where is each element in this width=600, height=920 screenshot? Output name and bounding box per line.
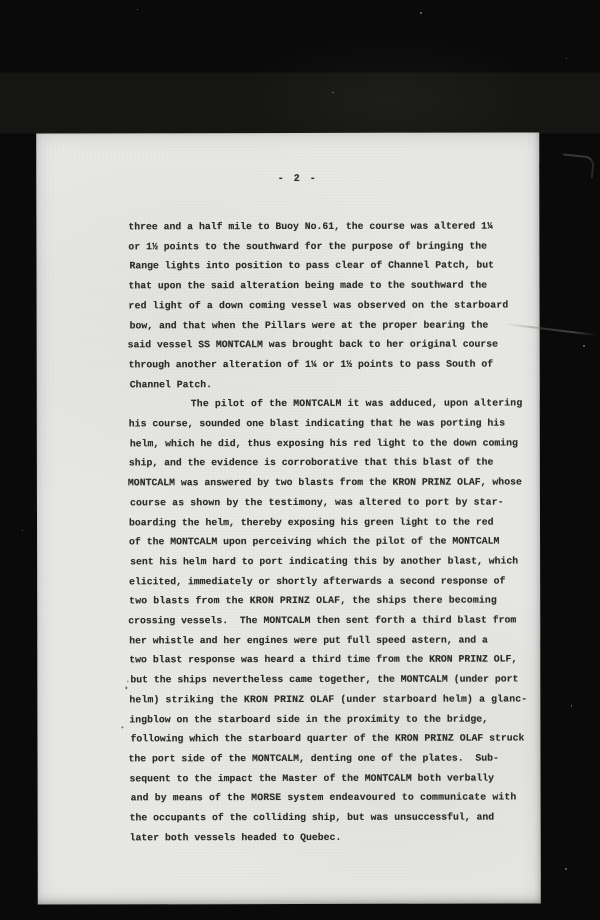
- dust-speck: [566, 58, 567, 59]
- page-number: - 2 -: [46, 173, 549, 185]
- paragraph-2-line-18: following which the starboard quarter of…: [130, 729, 530, 750]
- paragraph-2-line-11: two blasts from the KRON PRINZ OLAF, the…: [129, 591, 529, 612]
- scanned-document-screenshot: { "document": { "page_number_label": "- …: [0, 0, 600, 920]
- paragraph-2-line-7: boarding the helm, thereby exposing his …: [129, 512, 529, 533]
- paragraph-1-line-8: through another alteration of 1¼ or 1½ p…: [129, 354, 529, 375]
- paragraph-2-line-12: crossing vessels. The MONTCALM then sent…: [128, 611, 528, 632]
- text-body: three and a half mile to Buoy No.61, the…: [128, 216, 529, 847]
- paragraph-2-line-17: ingblow on the starboard side in the pro…: [129, 709, 529, 730]
- dust-speck: [583, 345, 585, 347]
- paragraph-1-line-5: red light of a down coming vessel was ob…: [129, 295, 529, 316]
- paragraph-2-line-5: MONTCALM was answered by two blasts from…: [128, 473, 528, 494]
- paragraph-1-line-6: bow, and that when the Pillars were at t…: [130, 315, 530, 336]
- background-paper-corner: [561, 153, 595, 178]
- stray-ink-mark: [121, 726, 123, 728]
- dust-speck: [137, 9, 138, 10]
- dust-speck: [420, 12, 422, 14]
- paragraph-2-line-4: ship, and the evidence is corroborative …: [129, 453, 529, 474]
- stray-ink-mark: [125, 686, 127, 689]
- stray-ink-mark: [127, 680, 128, 682]
- paragraph-1-line-9: Channel Patch.: [130, 374, 530, 395]
- paragraph-2-line-9: sent his helm hard to port indicating th…: [130, 551, 530, 572]
- dust-speck: [565, 868, 567, 870]
- paragraph-2-line-6: course as shown by the testimony, was al…: [130, 492, 530, 513]
- paragraph-1-line-2: or 1½ points to the southward for the pu…: [128, 236, 528, 257]
- paragraph-2-line-2: his course, sounded one blast indicating…: [129, 414, 529, 435]
- dust-speck: [332, 92, 334, 93]
- paragraph-2-line-14: two blast response was heard a third tim…: [129, 650, 529, 671]
- paragraph-2-line-10: elicited, immediately or shortly afterwa…: [129, 571, 529, 592]
- paragraph-2-line-20: sequent to the impact the Master of the …: [130, 768, 530, 789]
- paragraph-2-line-1: The pilot of the MONTCALM it was adduced…: [129, 394, 529, 415]
- paragraph-2-line-8: of the MONTCALM upon perceiving which th…: [129, 532, 529, 553]
- paragraph-1-line-3: Range lights into position to pass clear…: [129, 256, 529, 277]
- dust-speck: [22, 530, 23, 531]
- paragraph-1-line-7: said vessel SS MONTCALM was brought back…: [128, 335, 528, 356]
- document-page: - 2 - three and a half mile to Buoy No.6…: [36, 132, 541, 904]
- paragraph-2-line-21: and by means of the MORSE system endeavo…: [131, 788, 531, 809]
- paragraph-2-line-15: but the ships nevertheless came together…: [130, 670, 530, 691]
- paragraph-1-line-1: three and a half mile to Buoy No.61, the…: [128, 216, 528, 237]
- paragraph-2-line-23: later both vessels headed to Quebec.: [130, 827, 530, 848]
- paragraph-2-line-19: the port side of the MONTCALM, denting o…: [128, 748, 528, 769]
- paragraph-2-line-22: the occupants of the colliding ship, but…: [130, 808, 530, 829]
- paragraph-1-line-4: that upon the said alteration being made…: [128, 276, 528, 297]
- dust-speck: [571, 705, 572, 707]
- paragraph-2-line-13: her whistle and her engines were put ful…: [129, 630, 529, 651]
- paragraph-2-line-16: helm) striking the KRON PRINZ OLAF (unde…: [129, 689, 529, 710]
- paragraph-2-line-3: helm, which he did, thus exposing his re…: [130, 433, 530, 454]
